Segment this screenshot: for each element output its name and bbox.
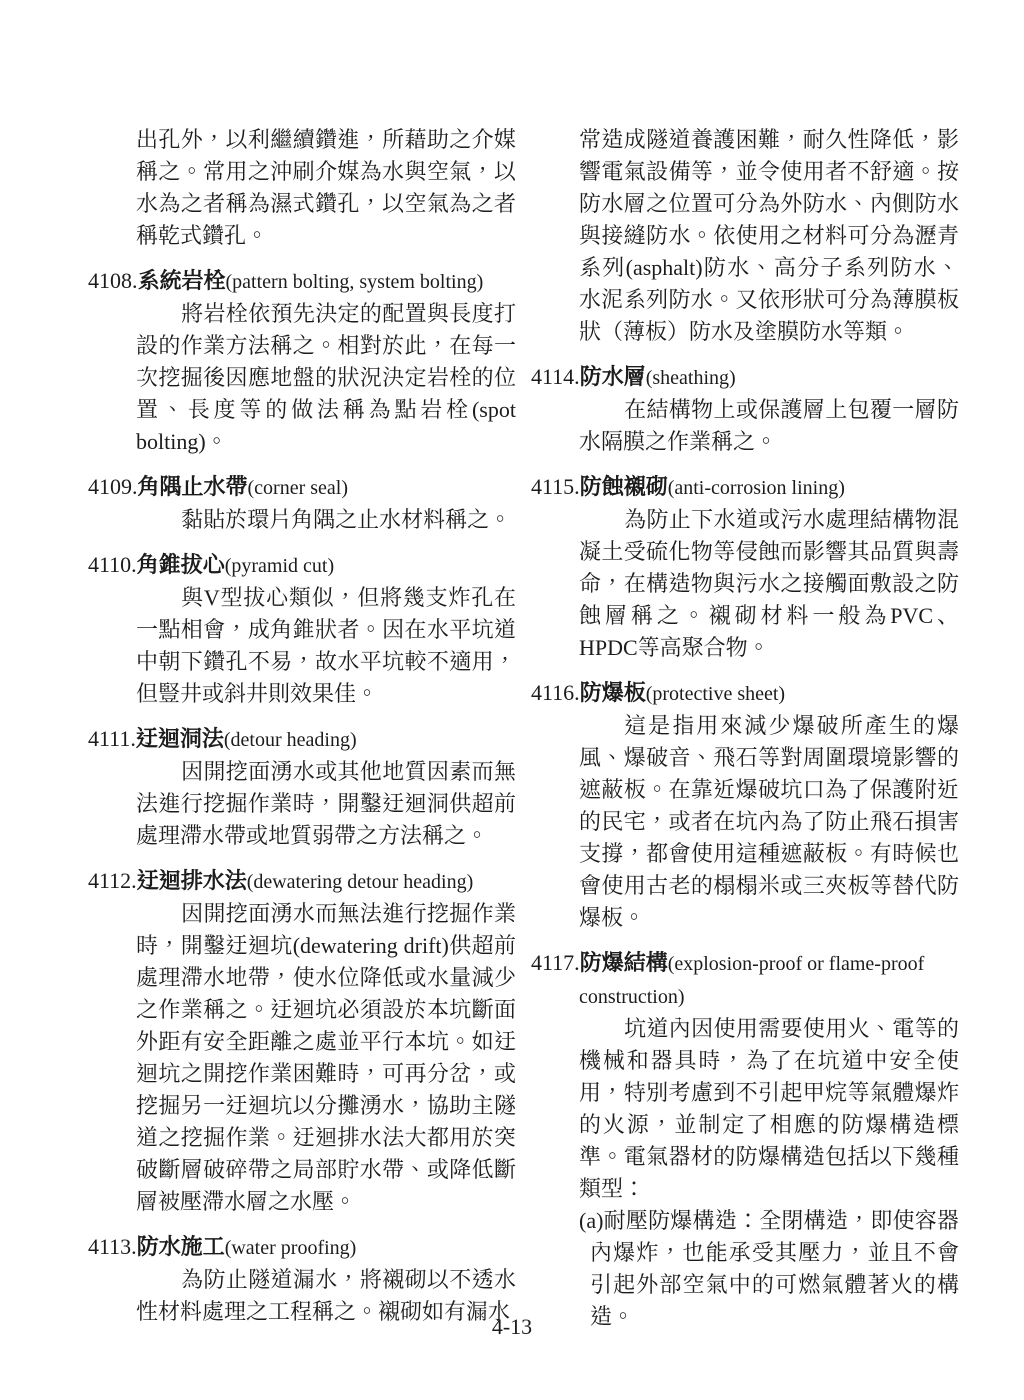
entry-definition: 因開挖面湧水而無法進行挖掘作業時，開鑿迂迴坑(dewatering drift)… — [136, 898, 516, 1218]
entry-heading: 4109.角隅止水帶(corner seal) — [88, 471, 516, 504]
entry-number: 4115. — [531, 474, 580, 499]
left-column: 出孔外，以利繼續鑽進，所藉助之介媒稱之。常用之沖刷介媒為水與空氣，以水為之者稱為… — [88, 124, 516, 1328]
entry-number: 4111. — [88, 726, 136, 751]
entry-number: 4114. — [531, 364, 580, 389]
entry-english: (sheathing) — [646, 367, 736, 389]
entry-english: (anti-corrosion lining) — [668, 477, 845, 499]
entry-term: 防爆結構 — [580, 950, 668, 975]
entry-term: 迂迴排水法 — [137, 868, 247, 893]
glossary-entry-4111: 4111.迂迴洞法(detour heading) 因開挖面湧水或其他地質因素而… — [88, 723, 516, 852]
entry-heading: 4115.防蝕襯砌(anti-corrosion lining) — [531, 471, 959, 504]
entry-heading: 4114.防水層(sheathing) — [531, 361, 959, 394]
entry-term: 系統岩栓 — [138, 268, 226, 293]
entry-heading: 4116.防爆板(protective sheet) — [531, 677, 959, 710]
entry-term: 防爆板 — [580, 680, 646, 705]
glossary-entry-4117: 4117.防爆結構(explosion-proof or flame-proof… — [531, 947, 959, 1333]
entry-definition: 與V型拔心類似，但將幾支炸孔在一點相會，成角錐狀者。因在水平坑道中朝下鑽孔不易，… — [136, 582, 516, 710]
entry-definition: 黏貼於環片角隅之止水材料稱之。 — [136, 504, 516, 536]
entry-english: (detour heading) — [224, 729, 357, 751]
page-number: 4-13 — [0, 1312, 1024, 1342]
entry-number: 4116. — [531, 680, 580, 705]
glossary-entry-4110: 4110.角錐拔心(pyramid cut) 與V型拔心類似，但將幾支炸孔在一點… — [88, 549, 516, 710]
entry-term: 角隅止水帶 — [138, 474, 248, 499]
glossary-entry-4114: 4114.防水層(sheathing) 在結構物上或保護層上包覆一層防水隔膜之作… — [531, 361, 959, 458]
entry-definition: 為防止下水道或污水處理結構物混凝土受硫化物等侵蝕而影響其品質與壽命，在構造物與污… — [579, 504, 959, 664]
entry-heading: 4117.防爆結構(explosion-proof or flame-proof… — [531, 947, 959, 1013]
entry-term: 防水施工 — [137, 1234, 225, 1259]
continuation-paragraph: 出孔外，以利繼續鑽進，所藉助之介媒稱之。常用之沖刷介媒為水與空氣，以水為之者稱為… — [136, 124, 516, 252]
entry-definition: 這是指用來減少爆破所產生的爆風、爆破音、飛石等對周圍環境影響的遮蔽板。在靠近爆破… — [579, 710, 959, 934]
entry-definition: 在結構物上或保護層上包覆一層防水隔膜之作業稱之。 — [579, 394, 959, 458]
entry-english: (pattern bolting, system bolting) — [226, 271, 484, 293]
entry-english: (dewatering detour heading) — [247, 871, 474, 893]
continuation-paragraph: 常造成隧道養護困難，耐久性降低，影響電氣設備等，並令使用者不舒適。按防水層之位置… — [579, 124, 959, 348]
entry-number: 4117. — [531, 950, 580, 975]
entry-number: 4110. — [88, 552, 137, 577]
entry-definition: 將岩栓依預先決定的配置與長度打設的作業方法稱之。相對於此，在每一次挖掘後因應地盤… — [136, 298, 516, 458]
entry-heading: 4110.角錐拔心(pyramid cut) — [88, 549, 516, 582]
entry-english: (water proofing) — [225, 1237, 357, 1259]
entry-definition: 坑道內因使用需要使用火、電等的機械和器具時，為了在坑道中安全使用，特別考慮到不引… — [579, 1013, 959, 1205]
entry-definition: 因開挖面湧水或其他地質因素而無法進行挖掘作業時，開鑿迂迴洞供超前處理滯水帶或地質… — [136, 756, 516, 852]
entry-heading: 4113.防水施工(water proofing) — [88, 1231, 516, 1264]
entry-number: 4113. — [88, 1234, 137, 1259]
entry-english: (corner seal) — [248, 477, 349, 499]
glossary-entry-4116: 4116.防爆板(protective sheet) 這是指用來減少爆破所產生的… — [531, 677, 959, 934]
entry-number: 4112. — [88, 868, 137, 893]
entry-english: (pyramid cut) — [225, 555, 334, 577]
entry-english: (protective sheet) — [646, 683, 785, 705]
entry-heading: 4112.迂迴排水法(dewatering detour heading) — [88, 865, 516, 898]
entry-term: 防水層 — [580, 364, 646, 389]
glossary-entry-4109: 4109.角隅止水帶(corner seal) 黏貼於環片角隅之止水材料稱之。 — [88, 471, 516, 536]
right-column: 常造成隧道養護困難，耐久性降低，影響電氣設備等，並令使用者不舒適。按防水層之位置… — [531, 124, 959, 1333]
entry-heading: 4111.迂迴洞法(detour heading) — [88, 723, 516, 756]
document-page: 出孔外，以利繼續鑽進，所藉助之介媒稱之。常用之沖刷介媒為水與空氣，以水為之者稱為… — [0, 0, 1024, 1400]
entry-term: 防蝕襯砌 — [580, 474, 668, 499]
glossary-entry-4115: 4115.防蝕襯砌(anti-corrosion lining) 為防止下水道或… — [531, 471, 959, 664]
glossary-entry-4112: 4112.迂迴排水法(dewatering detour heading) 因開… — [88, 865, 516, 1218]
entry-term: 迂迴洞法 — [136, 726, 224, 751]
entry-term: 角錐拔心 — [137, 552, 225, 577]
glossary-entry-4108: 4108.系統岩栓(pattern bolting, system boltin… — [88, 265, 516, 458]
entry-number: 4108. — [88, 268, 138, 293]
entry-number: 4109. — [88, 474, 138, 499]
entry-heading: 4108.系統岩栓(pattern bolting, system boltin… — [88, 265, 516, 298]
